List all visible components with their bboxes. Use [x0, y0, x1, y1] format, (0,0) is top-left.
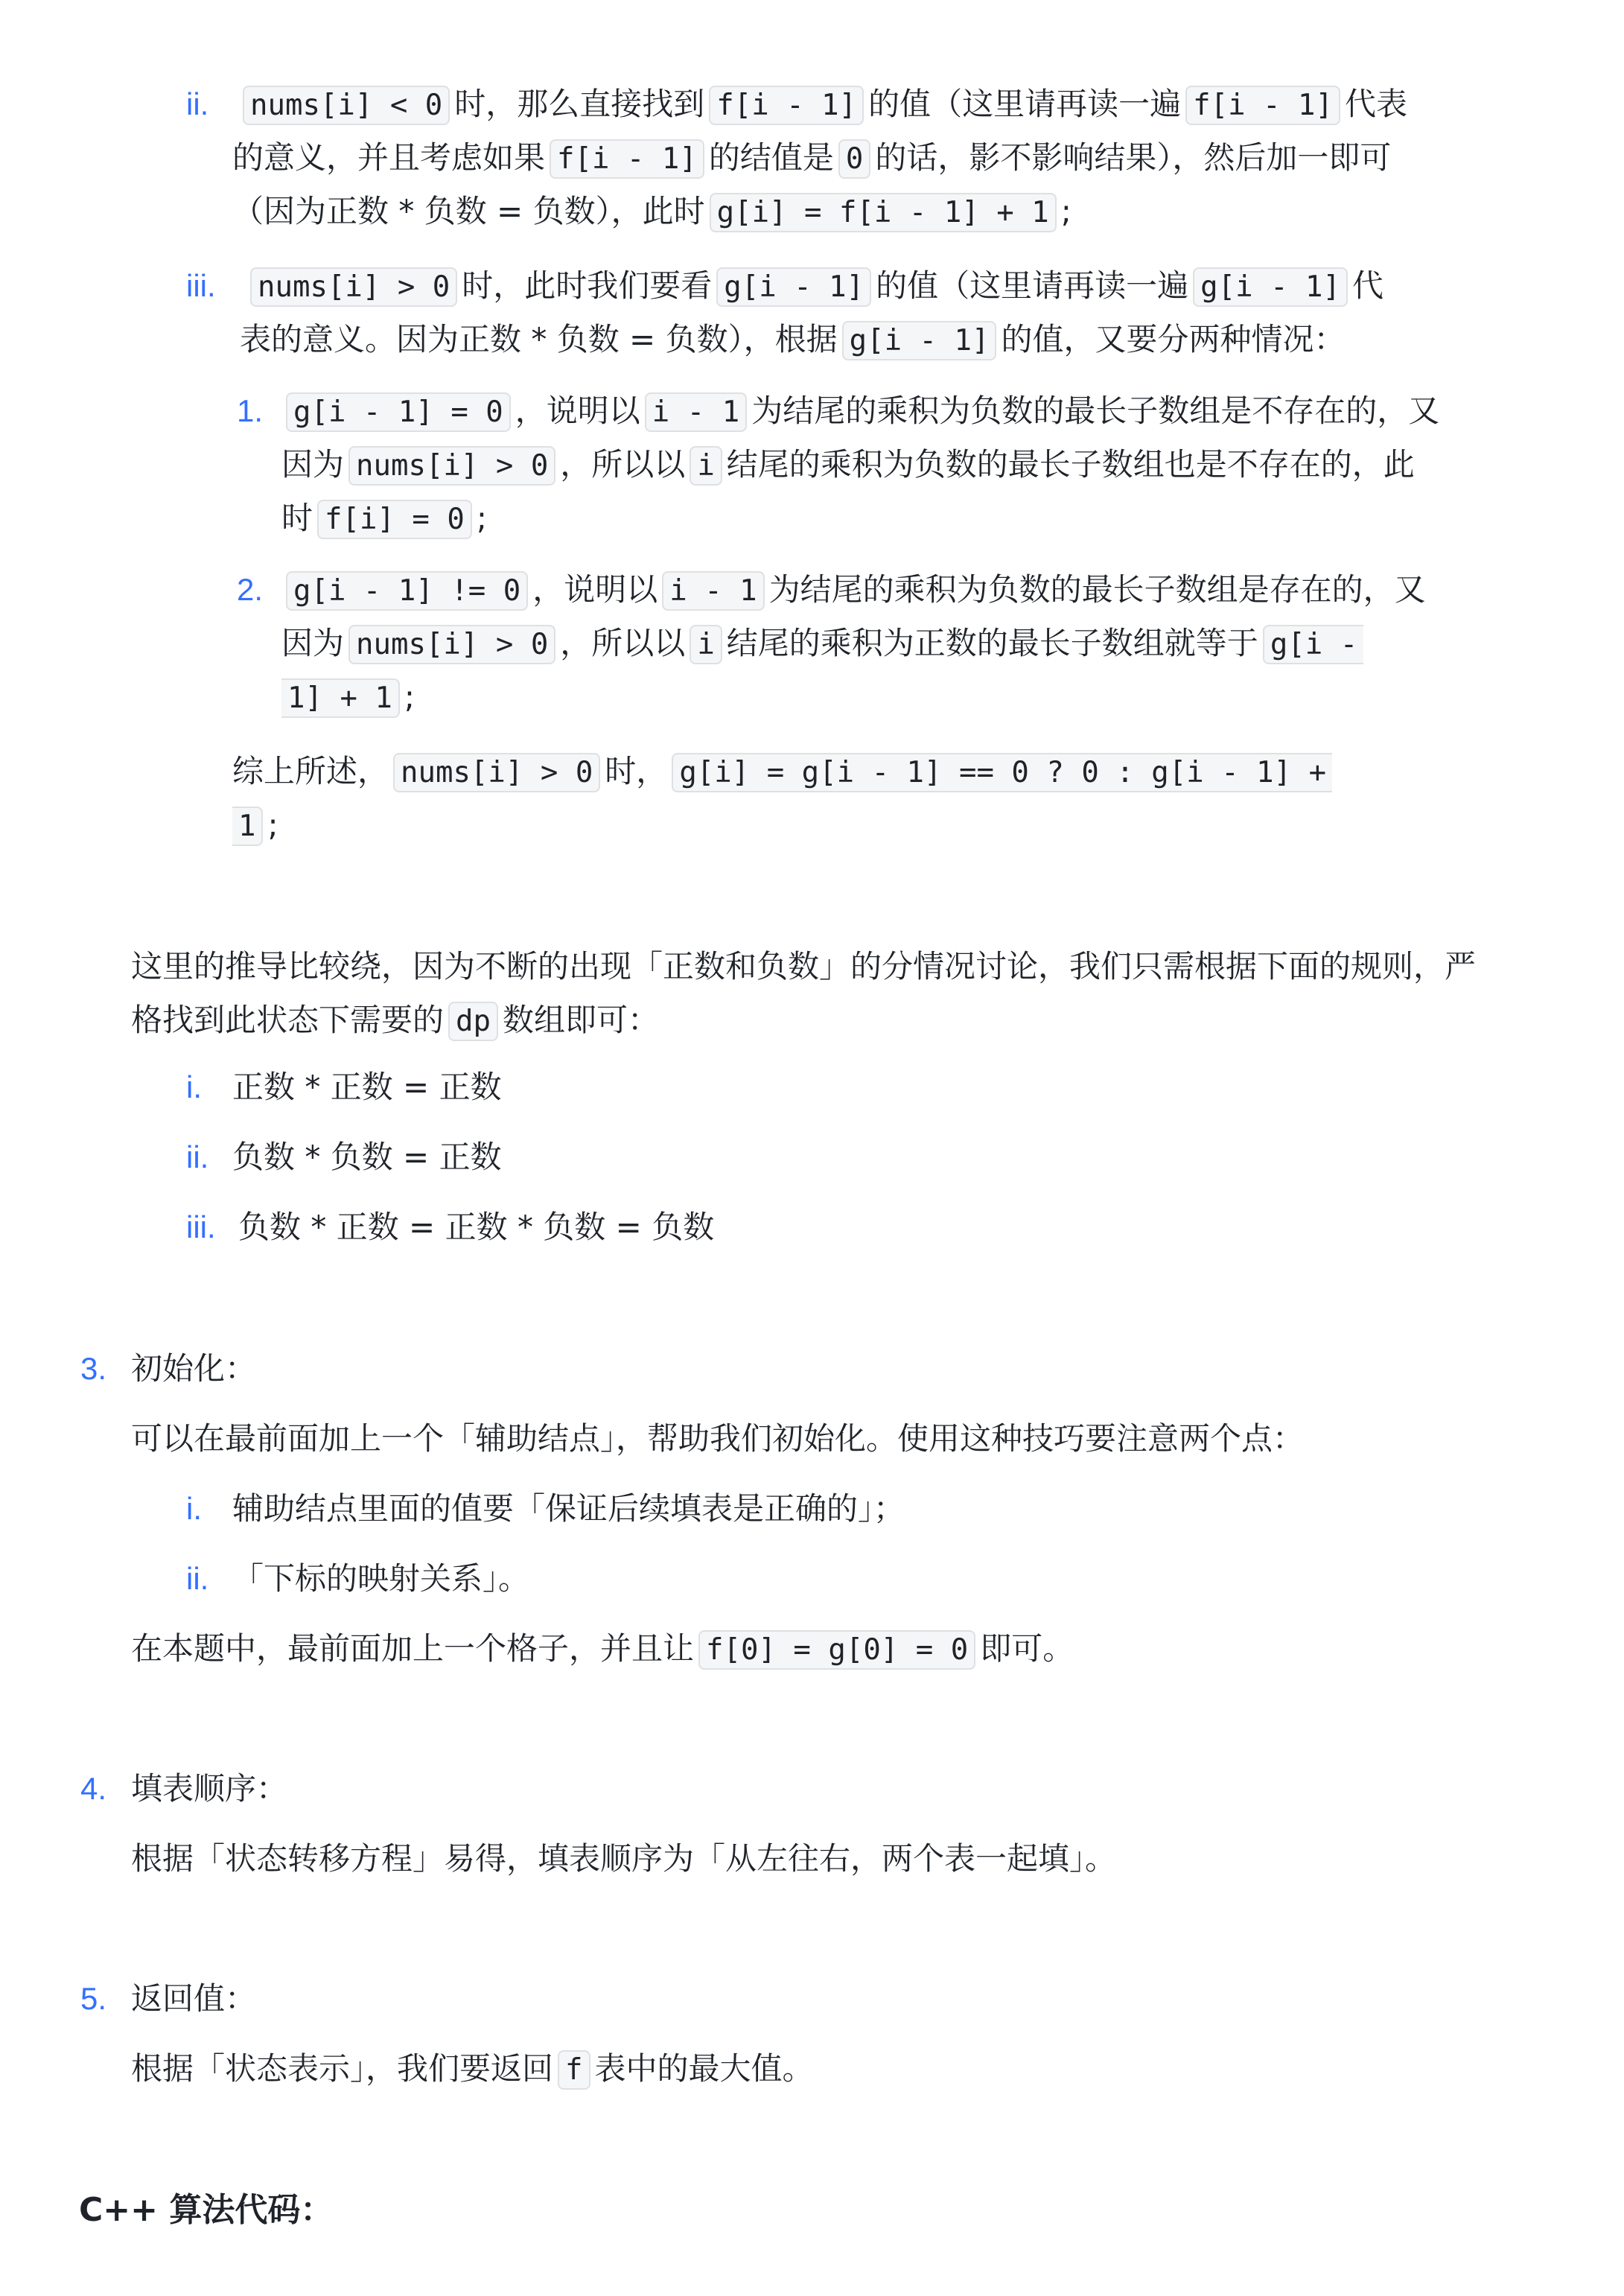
inline-code: i: [690, 625, 722, 664]
text: ;: [1061, 193, 1071, 229]
list-marker: ii.: [186, 1130, 208, 1184]
text: 表中的最大值。: [595, 2050, 814, 2087]
text: 结尾的乘积为负数的最长子数组也是不存在的，此: [727, 446, 1415, 483]
inline-code: g[i -: [1263, 625, 1363, 664]
paragraph-line: 在本题中，最前面加上一个格子，并且让f[0] = g[0] = 0即可。: [131, 1622, 1074, 1676]
paragraph-line: 格找到此状态下需要的dp数组即可：: [131, 993, 659, 1047]
rule-item: 负数 * 负数 = 正数: [232, 1130, 502, 1184]
paragraph-line: 1;: [232, 798, 278, 852]
inline-code: g[i - 1] != 0: [286, 571, 528, 611]
step-title: 填表顺序：: [131, 1762, 287, 1816]
rule-item: 正数 * 正数 = 正数: [232, 1060, 502, 1114]
text: ;: [477, 500, 487, 536]
text: 的结值是: [709, 139, 834, 176]
inline-code: g[i] = g[i - 1] == 0 ? 0 : g[i - 1] +: [672, 753, 1332, 792]
text: 代: [1352, 267, 1383, 304]
inline-code: 1] + 1: [281, 678, 400, 718]
paragraph-line: 的意义，并且考虑如果f[i - 1]的结值是0的话，影不影响结果），然后加一即可: [232, 131, 1391, 185]
point-item: 辅助结点里面的值要「保证后续填表是正确的」；: [232, 1482, 905, 1536]
inline-code: f[i - 1]: [709, 86, 864, 125]
inline-code: f[i - 1]: [550, 139, 704, 179]
paragraph-line: 因为nums[i] > 0，所以以i结尾的乘积为负数的最长子数组也是不存在的，此: [281, 438, 1415, 492]
paragraph-line: 表的意义。因为正数 * 负数 = 负数），根据g[i - 1]的值，又要分两种情…: [240, 313, 1345, 366]
inline-code: g[i] = f[i - 1] + 1: [710, 193, 1057, 232]
text: 根据「状态表示」，我们要返回: [131, 2050, 553, 2087]
text: 格找到此状态下需要的: [131, 1002, 444, 1038]
text: 时，此时我们要看: [462, 267, 712, 304]
text: 的值（这里请再读一遍: [868, 86, 1181, 122]
list-marker: ii.: [186, 77, 208, 131]
list-marker: iii.: [186, 1201, 216, 1254]
text: ;: [267, 807, 278, 843]
text: 为结尾的乘积为负数的最长子数组是存在的，又: [769, 571, 1426, 608]
list-marker: 5.: [80, 1972, 106, 2026]
inline-code: g[i - 1] = 0: [286, 392, 511, 432]
inline-code: nums[i] > 0: [250, 267, 457, 307]
step-title: 返回值：: [131, 1972, 256, 2026]
text: ，说明以: [515, 392, 640, 429]
text: 的值（这里请再读一遍: [876, 267, 1188, 304]
list-marker: i.: [186, 1060, 202, 1114]
text: 因为: [281, 625, 344, 661]
text: ，所以以: [560, 446, 685, 483]
text: （因为正数 * 负数 = 负数），此时: [232, 193, 705, 229]
inline-code: g[i - 1]: [716, 267, 871, 307]
text: 为结尾的乘积为负数的最长子数组是不存在的，又: [751, 392, 1439, 429]
paragraph-line: 根据「状态表示」，我们要返回f表中的最大值。: [131, 2042, 814, 2096]
text: 在本题中，最前面加上一个格子，并且让: [131, 1630, 694, 1667]
point-item: 「下标的映射关系」。: [232, 1552, 529, 1606]
text: 数组即可：: [503, 1002, 659, 1038]
inline-code: f[0] = g[0] = 0: [698, 1630, 975, 1670]
paragraph-line: 可以在最前面加上一个「辅助结点」，帮助我们初始化。使用这种技巧要注意两个点：: [131, 1412, 1304, 1466]
text: 时，: [605, 753, 667, 789]
inline-code: nums[i] > 0: [348, 446, 555, 486]
list-marker: i.: [186, 1482, 202, 1536]
text: 表的意义。因为正数 * 负数 = 负数），根据: [240, 321, 838, 357]
inline-code: g[i - 1]: [1193, 267, 1348, 307]
section-heading: C++ 算法代码：: [79, 2184, 333, 2237]
text: 因为: [281, 446, 344, 483]
inline-code: 1: [232, 807, 263, 846]
list-marker: 4.: [80, 1762, 106, 1816]
inline-code: g[i - 1]: [842, 321, 997, 360]
paragraph-line: 根据「状态转移方程」易得，填表顺序为「从左往右，两个表一起填」。: [131, 1832, 1116, 1886]
rule-item: 负数 * 正数 = 正数 * 负数 = 负数: [238, 1201, 714, 1254]
paragraph-line: 因为nums[i] > 0，所以以i结尾的乘积为正数的最长子数组就等于g[i -: [281, 617, 1363, 670]
inline-code: i - 1: [645, 392, 747, 432]
inline-code: nums[i] < 0: [243, 86, 450, 125]
paragraph-line: g[i - 1] = 0，说明以i - 1为结尾的乘积为负数的最长子数组是不存在…: [281, 384, 1439, 438]
list-marker: 2.: [237, 563, 263, 617]
inline-code: f[i - 1]: [1185, 86, 1340, 125]
paragraph-line: 这里的推导比较绕，因为不断的出现「正数和负数」的分情况讨论，我们只需根据下面的规…: [131, 940, 1476, 993]
paragraph-line: nums[i] > 0时，此时我们要看g[i - 1]的值（这里请再读一遍g[i…: [246, 259, 1383, 313]
step-title: 初始化：: [131, 1342, 256, 1396]
text: ;: [404, 678, 415, 715]
list-marker: 3.: [80, 1342, 106, 1396]
inline-code: dp: [448, 1002, 498, 1041]
paragraph-line: 1] + 1;: [281, 670, 415, 724]
text: 综上所述，: [232, 753, 389, 789]
inline-code: f: [558, 2050, 590, 2090]
paragraph-line: g[i - 1] != 0，说明以i - 1为结尾的乘积为负数的最长子数组是存在…: [281, 563, 1426, 617]
inline-code: i: [690, 446, 722, 486]
list-marker: 1.: [237, 384, 263, 438]
text: ，所以以: [560, 625, 685, 661]
list-marker: iii.: [186, 259, 216, 313]
text: 的意义，并且考虑如果: [232, 139, 545, 176]
text: 即可。: [980, 1630, 1074, 1667]
inline-code: nums[i] > 0: [348, 625, 555, 664]
paragraph-line: nums[i] < 0时，那么直接找到f[i - 1]的值（这里请再读一遍f[i…: [238, 77, 1407, 131]
list-marker: ii.: [186, 1552, 208, 1606]
paragraph-line: 综上所述，nums[i] > 0时，g[i] = g[i - 1] == 0 ?…: [232, 745, 1332, 798]
paragraph-line: 时f[i] = 0;: [281, 492, 487, 545]
text: 时: [281, 500, 313, 536]
inline-code: nums[i] > 0: [393, 753, 600, 792]
inline-code: i - 1: [662, 571, 764, 611]
text: 代表: [1345, 86, 1407, 122]
text: 结尾的乘积为正数的最长子数组就等于: [727, 625, 1258, 661]
text: ，说明以: [532, 571, 657, 608]
paragraph-line: （因为正数 * 负数 = 负数），此时g[i] = f[i - 1] + 1;: [232, 185, 1071, 238]
text: 时，那么直接找到: [454, 86, 704, 122]
text: 的值，又要分两种情况：: [1001, 321, 1345, 357]
text: 的话，影不影响结果），然后加一即可: [875, 139, 1391, 176]
inline-code: 0: [838, 139, 870, 179]
inline-code: f[i] = 0: [317, 500, 472, 539]
